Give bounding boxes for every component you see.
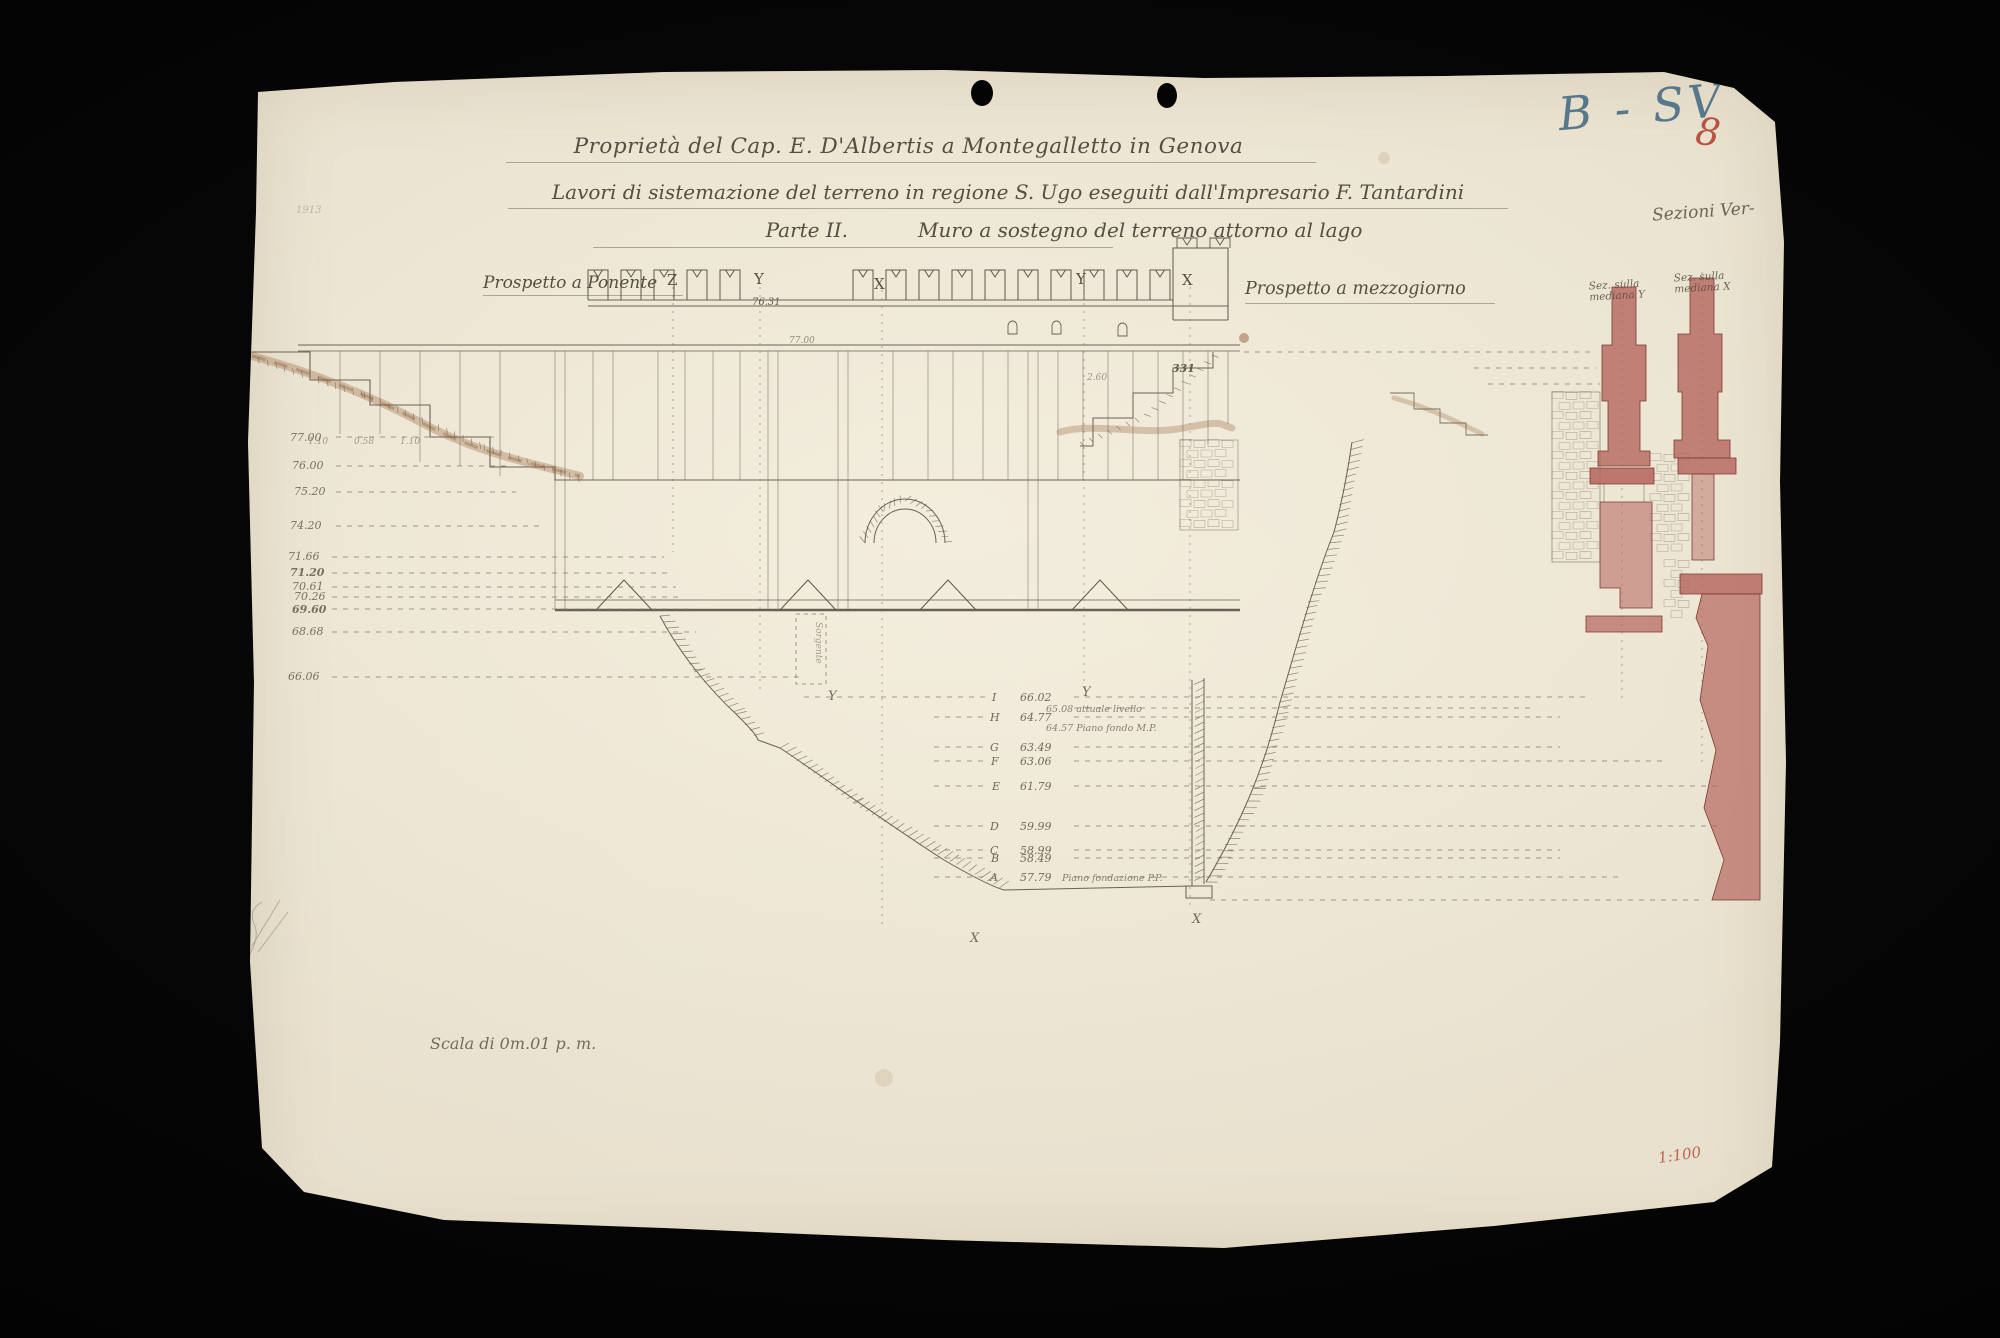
sepia-wash-left bbox=[252, 356, 580, 476]
sepia-wash-right bbox=[1060, 423, 1232, 432]
fondo-note: 64.57 Piano fondo M.P. bbox=[1046, 723, 1157, 734]
level-value: 66.02 bbox=[1020, 691, 1052, 704]
cornice-quota-note: 77.00 bbox=[789, 336, 815, 346]
part-subject: Muro a sostegno del terreno attorno al l… bbox=[918, 218, 1362, 242]
level-letter: D bbox=[989, 820, 999, 833]
hatch-decor bbox=[860, 496, 952, 544]
level-letter: B bbox=[990, 852, 999, 865]
scale-note: Scala di 0m.01 p. m. bbox=[430, 1034, 596, 1053]
elevation-label: 75.20 bbox=[294, 485, 326, 498]
foundation-note: Piano fondazione P.P. bbox=[1061, 873, 1163, 884]
dimension-note: 2.60 bbox=[1086, 373, 1107, 383]
rust-stain bbox=[1239, 333, 1249, 343]
title-line-3: Parte II. Muro a sostegno del terreno at… bbox=[714, 218, 1414, 242]
elevation-label: 69.60 bbox=[292, 603, 327, 616]
paper-stain bbox=[875, 1069, 893, 1087]
dimension-note: 1.10 bbox=[400, 437, 420, 447]
water-level-note: 65.08 attuale livello bbox=[1046, 704, 1142, 715]
prospect-west-rule bbox=[483, 295, 683, 296]
elevation-label: 66.06 bbox=[288, 670, 320, 683]
level-letter: A bbox=[989, 871, 998, 884]
axis-letter-mid: Y bbox=[1082, 685, 1092, 700]
title-line-1: Proprietà del Cap. E. D'Albertis a Monte… bbox=[506, 134, 1311, 159]
level-letter: F bbox=[990, 755, 999, 768]
hatch-decor bbox=[780, 743, 1009, 888]
spring-note: Sorgente bbox=[813, 622, 823, 664]
pit-left-slope bbox=[660, 616, 1192, 890]
red-section-mediana-x bbox=[1674, 278, 1762, 900]
elevation-label: 76.00 bbox=[292, 459, 324, 472]
pier-note: 331 bbox=[1172, 362, 1195, 375]
axis-letter-x: X bbox=[1182, 271, 1193, 289]
drawing-sheet: 77.00 76.00 75.20 74.20 71.66 71.20 70.6… bbox=[244, 62, 1792, 1260]
axis-letter-z: Z bbox=[667, 271, 677, 289]
dimension-note: 1.10 bbox=[308, 437, 328, 447]
level-value: 58.49 bbox=[1020, 852, 1052, 865]
title-rule-2 bbox=[508, 208, 1508, 209]
section-x-caption: Sez. sulla mediana X bbox=[1673, 271, 1730, 296]
title-rule-1 bbox=[506, 162, 1316, 163]
hatch-decor bbox=[660, 615, 764, 735]
dimension-note: 0.58 bbox=[354, 437, 374, 447]
punch-hole bbox=[971, 80, 993, 106]
label-prospetto-ponente: Prospetto a Ponente bbox=[483, 273, 657, 293]
level-value: 63.06 bbox=[1020, 755, 1052, 768]
level-letter: E bbox=[991, 780, 1000, 793]
level-letter: I bbox=[991, 691, 997, 704]
level-value: 63.49 bbox=[1020, 741, 1052, 754]
punch-hole bbox=[1157, 83, 1177, 108]
elevation-label: 74.20 bbox=[290, 519, 322, 532]
level-value: 57.79 bbox=[1020, 871, 1052, 884]
elevation-label: 71.20 bbox=[290, 566, 325, 579]
level-letter: G bbox=[990, 741, 999, 754]
axis-letter-mid: Y bbox=[828, 689, 838, 704]
title-rule-3 bbox=[593, 247, 1113, 248]
red-section-mediana-y bbox=[1586, 287, 1662, 632]
photograph-of-drawing: 77.00 76.00 75.20 74.20 71.66 71.20 70.6… bbox=[0, 0, 2000, 1338]
buttress-coping bbox=[596, 580, 652, 610]
axis-letter-bottom: X bbox=[1191, 912, 1202, 927]
label-prospetto-mezzogiorno: Prospetto a mezzogiorno bbox=[1245, 279, 1466, 299]
level-value: 61.79 bbox=[1020, 780, 1052, 793]
prospect-south-rule bbox=[1245, 303, 1495, 304]
axis-letter-y: Y bbox=[1076, 270, 1086, 288]
elevation-label: 70.26 bbox=[294, 590, 326, 603]
title-line-2: Lavori di sistemazione del terreno in re… bbox=[508, 180, 1508, 204]
pit-right-slope bbox=[1206, 442, 1352, 882]
section-y-caption: Sez. sulla mediana Y bbox=[1588, 279, 1645, 304]
faint-year-note: 1913 bbox=[296, 205, 321, 216]
axis-letter-x: X bbox=[874, 275, 885, 293]
wall-doorways bbox=[1008, 321, 1127, 336]
battlements bbox=[853, 270, 1170, 300]
axis-letter-y: Y bbox=[754, 270, 764, 288]
buttress-coping bbox=[780, 580, 836, 610]
axis-letter-bottom: X bbox=[969, 931, 980, 946]
buttress-coping bbox=[1072, 580, 1128, 610]
part-label: Parte II. bbox=[766, 218, 848, 242]
masonry-outline bbox=[1180, 440, 1238, 530]
level-value: 59.99 bbox=[1020, 820, 1052, 833]
elevation-label: 71.66 bbox=[288, 550, 320, 563]
paper-stain bbox=[1378, 152, 1390, 164]
level-letter: H bbox=[989, 711, 1000, 724]
blue-quota-note: 76.31 bbox=[752, 297, 781, 308]
corner-scribble bbox=[250, 900, 288, 954]
elevation-label: 68.68 bbox=[292, 625, 324, 638]
sepia-wash-sections bbox=[1394, 398, 1482, 434]
drawing-linework bbox=[250, 238, 1720, 930]
buttress-coping bbox=[920, 580, 976, 610]
masonry-texture bbox=[1180, 439, 1233, 527]
